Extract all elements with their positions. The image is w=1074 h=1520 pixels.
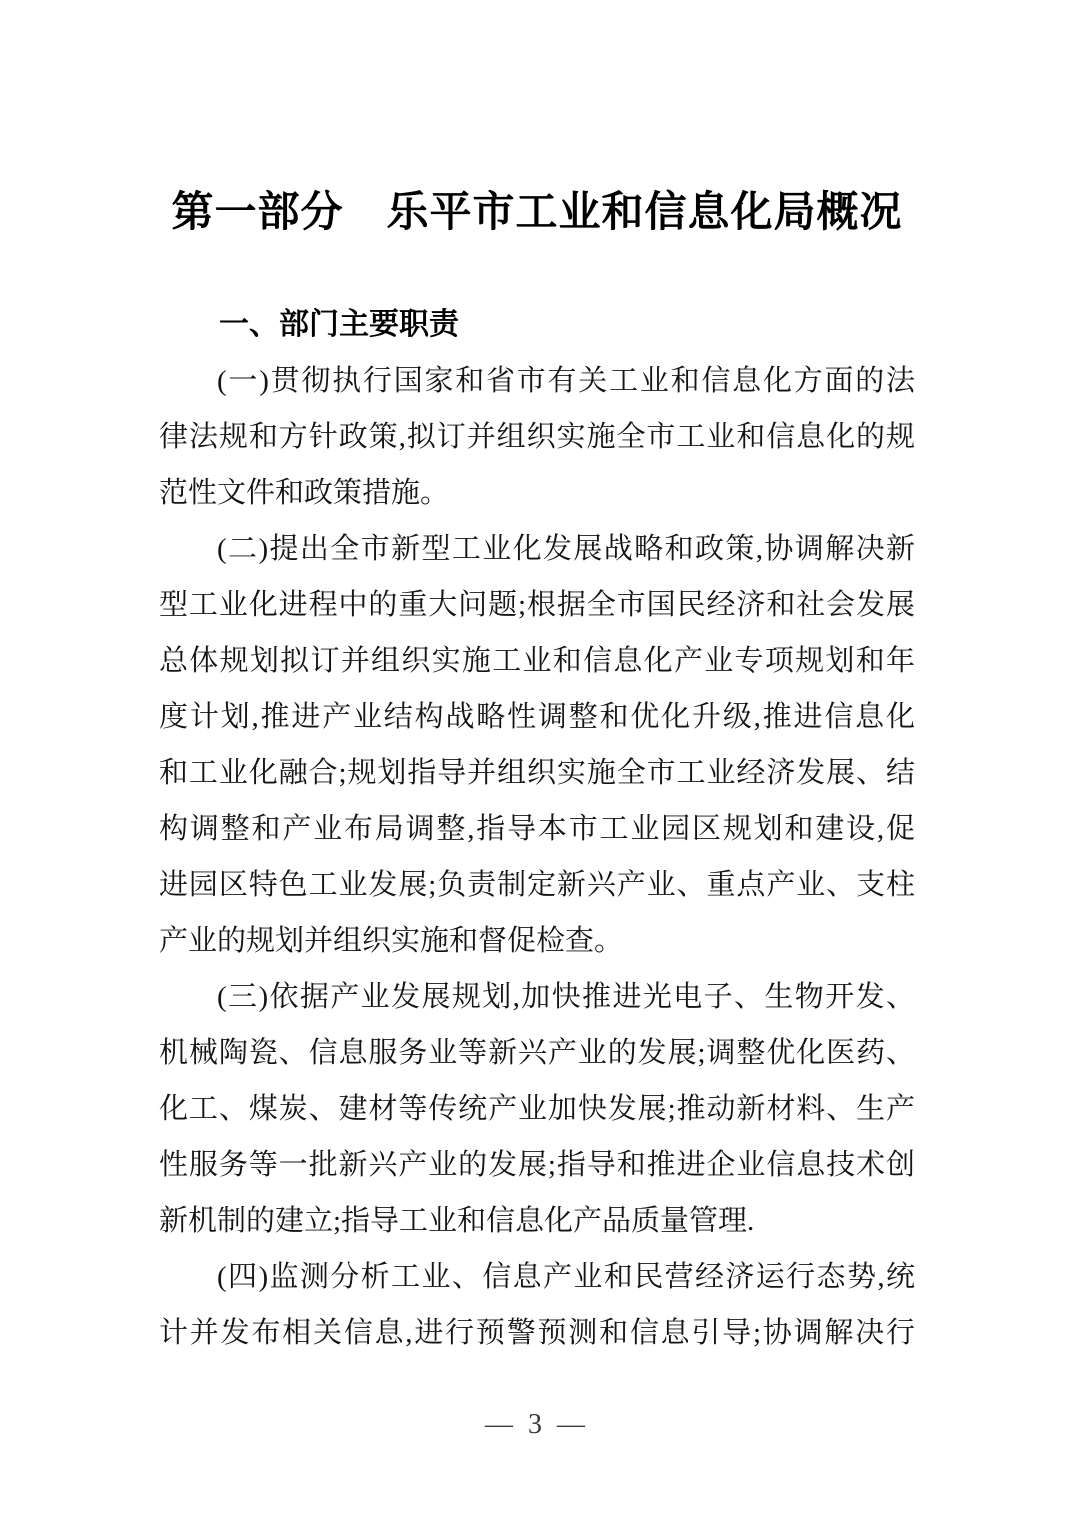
body-line: 性服务等一批新兴产业的发展;指导和推进企业信息技术创 (159, 1137, 915, 1193)
body-line: (四)监测分析工业、信息产业和民营经济运行态势,统 (159, 1249, 915, 1305)
body-line: (二)提出全市新型工业化发展战略和政策,协调解决新 (159, 521, 915, 577)
body-line: 机械陶瓷、信息服务业等新兴产业的发展;调整优化医药、 (159, 1025, 915, 1081)
document-content: 第一部分 乐平市工业和信息化局概况 一、部门主要职责 (一)贯彻执行国家和省市有… (159, 185, 915, 1453)
body-line: 计并发布相关信息,进行预警预测和信息引导;协调解决行 (159, 1305, 915, 1361)
document-title: 第一部分 乐平市工业和信息化局概况 (159, 185, 915, 241)
body-line: 范性文件和政策措施。 (159, 465, 915, 521)
body-line: 型工业化进程中的重大问题;根据全市国民经济和社会发展 (159, 577, 915, 633)
document-page: 第一部分 乐平市工业和信息化局概况 一、部门主要职责 (一)贯彻执行国家和省市有… (0, 0, 1074, 1520)
body-line: 进园区特色工业发展;负责制定新兴产业、重点产业、支柱 (159, 857, 915, 913)
paragraph: (二)提出全市新型工业化发展战略和政策,协调解决新型工业化进程中的重大问题;根据… (159, 521, 915, 969)
body-line: 总体规划拟订并组织实施工业和信息化产业专项规划和年 (159, 633, 915, 689)
paragraph: (三)依据产业发展规划,加快推进光电子、生物开发、机械陶瓷、信息服务业等新兴产业… (159, 969, 915, 1249)
body-line: 新机制的建立;指导工业和信息化产品质量管理. (159, 1193, 915, 1249)
document-body: (一)贯彻执行国家和省市有关工业和信息化方面的法律法规和方针政策,拟订并组织实施… (159, 353, 915, 1361)
body-line: 度计划,推进产业结构战略性调整和优化升级,推进信息化 (159, 689, 915, 745)
page-number: — 3 — (159, 1397, 915, 1453)
section-heading: 一、部门主要职责 (159, 297, 915, 353)
body-line: (三)依据产业发展规划,加快推进光电子、生物开发、 (159, 969, 915, 1025)
body-line: 化工、煤炭、建材等传统产业加快发展;推动新材料、生产 (159, 1081, 915, 1137)
body-line: 律法规和方针政策,拟订并组织实施全市工业和信息化的规 (159, 409, 915, 465)
body-line: 构调整和产业布局调整,指导本市工业园区规划和建设,促 (159, 801, 915, 857)
paragraph: (一)贯彻执行国家和省市有关工业和信息化方面的法律法规和方针政策,拟订并组织实施… (159, 353, 915, 521)
paragraph: (四)监测分析工业、信息产业和民营经济运行态势,统计并发布相关信息,进行预警预测… (159, 1249, 915, 1361)
body-line: (一)贯彻执行国家和省市有关工业和信息化方面的法 (159, 353, 915, 409)
body-line: 和工业化融合;规划指导并组织实施全市工业经济发展、结 (159, 745, 915, 801)
body-line: 产业的规划并组织实施和督促检查。 (159, 913, 915, 969)
